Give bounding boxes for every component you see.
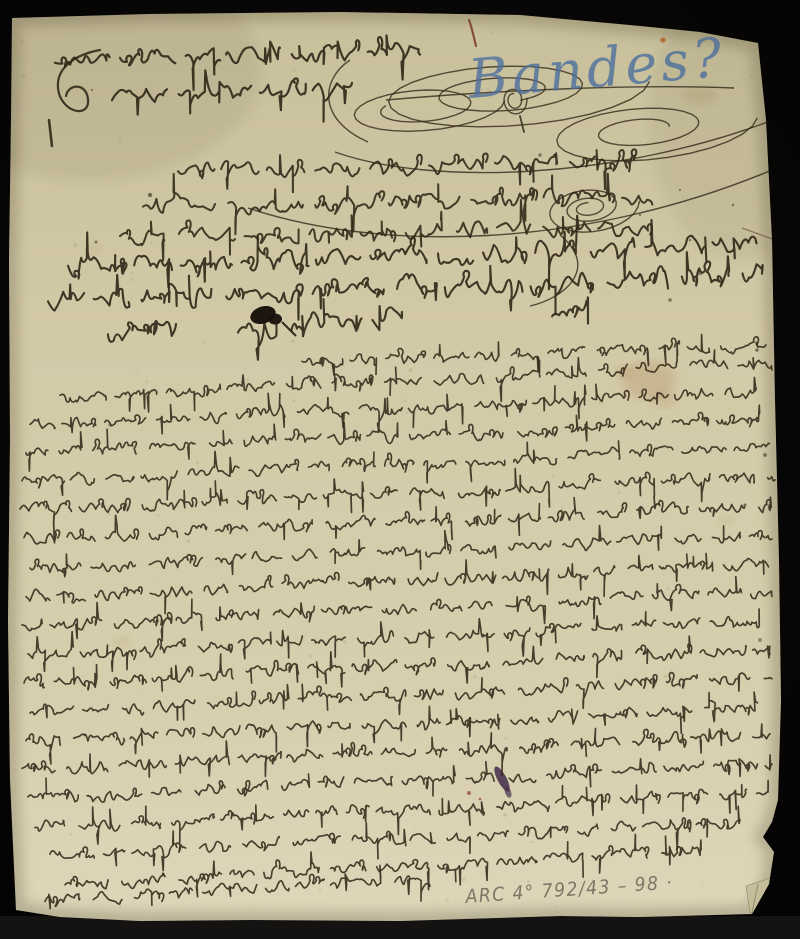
scanned-page: Bandes? ARC 4° 792/43 – 98 · — [0, 0, 800, 939]
manuscript-scan: Bandes? ARC 4° 792/43 – 98 · — [0, 0, 800, 939]
